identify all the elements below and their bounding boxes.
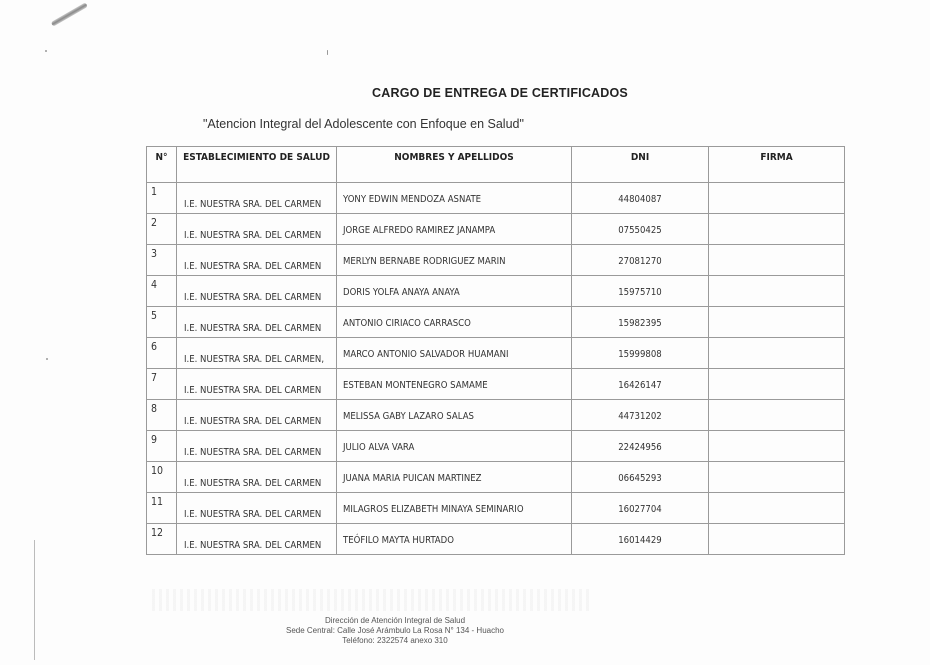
row-dni: 06645293 [572,462,708,484]
row-nombre-cell: MARCO ANTONIO SALVADOR HUAMANI [337,338,572,369]
row-dni-cell: 44731202 [572,400,709,431]
table-row: 4I.E. NUESTRA SRA. DEL CARMENDORIS YOLFA… [147,276,845,307]
row-nombre: MERLYN BERNABE RODRIGUEZ MARIN [337,245,571,267]
row-dni: 15999808 [572,338,708,360]
row-establecimiento-cell: I.E. NUESTRA SRA. DEL CARMEN [177,524,337,555]
row-dni-cell: 16426147 [572,369,709,400]
row-number: 1 [147,183,176,198]
row-establecimiento: I.E. NUESTRA SRA. DEL CARMEN [177,276,336,303]
row-firma-cell [709,369,845,400]
row-dni-cell: 07550425 [572,214,709,245]
row-establecimiento: I.E. NUESTRA SRA. DEL CARMEN [177,431,336,458]
row-number: 11 [147,493,176,508]
row-dni: 16027704 [572,493,708,515]
row-firma-cell [709,214,845,245]
row-nombre-cell: JUANA MARIA PUICAN MARTINEZ [337,462,572,493]
row-nombre-cell: TEÓFILO MAYTA HURTADO [337,524,572,555]
row-nombre-cell: JORGE ALFREDO RAMIREZ JANAMPA [337,214,572,245]
row-firma-cell [709,245,845,276]
footer-line-1: Dirección de Atención Integral de Salud [0,616,790,626]
row-establecimiento: I.E. NUESTRA SRA. DEL CARMEN [177,245,336,272]
row-dni: 15975710 [572,276,708,298]
row-number: 3 [147,245,176,260]
row-number: 2 [147,214,176,229]
row-nombre: ANTONIO CIRIACO CARRASCO [337,307,571,329]
row-number-cell: 12 [147,524,177,555]
row-dni-cell: 06645293 [572,462,709,493]
row-nombre: MARCO ANTONIO SALVADOR HUAMANI [337,338,571,360]
row-nombre: TEÓFILO MAYTA HURTADO [337,524,571,546]
row-number: 4 [147,276,176,291]
row-number-cell: 3 [147,245,177,276]
row-number: 6 [147,338,176,353]
row-nombre: DORIS YOLFA ANAYA ANAYA [337,276,571,298]
table-row: 7I.E. NUESTRA SRA. DEL CARMENESTEBAN MON… [147,369,845,400]
row-number-cell: 5 [147,307,177,338]
scan-speck [327,50,328,55]
row-number-cell: 11 [147,493,177,524]
row-nombre: YONY EDWIN MENDOZA ASNATE [337,183,571,205]
scan-speck [46,358,48,360]
row-firma-cell [709,493,845,524]
footer-line-2: Sede Central: Calle José Arámbulo La Ros… [0,626,790,636]
row-dni-cell: 16027704 [572,493,709,524]
row-establecimiento-cell: I.E. NUESTRA SRA. DEL CARMEN [177,462,337,493]
row-establecimiento: I.E. NUESTRA SRA. DEL CARMEN, [177,338,336,365]
row-nombre: MELISSA GABY LAZARO SALAS [337,400,571,422]
pen-mark [51,2,88,26]
row-number: 7 [147,369,176,384]
row-number-cell: 6 [147,338,177,369]
footer-line-3: Teléfono: 2322574 anexo 310 [0,636,790,646]
row-number: 9 [147,431,176,446]
row-dni-cell: 15982395 [572,307,709,338]
row-establecimiento-cell: I.E. NUESTRA SRA. DEL CARMEN [177,307,337,338]
row-nombre: JULIO ALVA VARA [337,431,571,453]
header-nombres: NOMBRES Y APELLIDOS [337,147,572,183]
row-establecimiento-cell: I.E. NUESTRA SRA. DEL CARMEN [177,400,337,431]
row-number-cell: 10 [147,462,177,493]
document-footer: Dirección de Atención Integral de Salud … [0,616,930,646]
table-row: 10I.E. NUESTRA SRA. DEL CARMENJUANA MARI… [147,462,845,493]
header-dni: DNI [572,147,709,183]
row-nombre-cell: ANTONIO CIRIACO CARRASCO [337,307,572,338]
row-establecimiento-cell: I.E. NUESTRA SRA. DEL CARMEN [177,245,337,276]
row-nombre-cell: ESTEBAN MONTENEGRO SAMAME [337,369,572,400]
row-dni: 44804087 [572,183,708,205]
row-nombre-cell: MERLYN BERNABE RODRIGUEZ MARIN [337,245,572,276]
row-number-cell: 9 [147,431,177,462]
table-row: 3I.E. NUESTRA SRA. DEL CARMENMERLYN BERN… [147,245,845,276]
row-dni: 44731202 [572,400,708,422]
row-firma-cell [709,338,845,369]
row-number-cell: 8 [147,400,177,431]
row-establecimiento: I.E. NUESTRA SRA. DEL CARMEN [177,400,336,427]
row-nombre: JORGE ALFREDO RAMIREZ JANAMPA [337,214,571,236]
row-firma-cell [709,462,845,493]
table-row: 9I.E. NUESTRA SRA. DEL CARMENJULIO ALVA … [147,431,845,462]
row-dni: 07550425 [572,214,708,236]
scan-noise [152,589,592,611]
scan-speck [45,50,47,52]
row-firma-cell [709,183,845,214]
row-firma-cell [709,524,845,555]
row-nombre-cell: MILAGROS ELIZABETH MINAYA SEMINARIO [337,493,572,524]
row-dni-cell: 44804087 [572,183,709,214]
row-nombre-cell: MELISSA GABY LAZARO SALAS [337,400,572,431]
row-firma-cell [709,276,845,307]
row-firma-cell [709,431,845,462]
row-establecimiento: I.E. NUESTRA SRA. DEL CARMEN [177,183,336,210]
row-dni-cell: 27081270 [572,245,709,276]
row-nombre: JUANA MARIA PUICAN MARTINEZ [337,462,571,484]
row-dni-cell: 15975710 [572,276,709,307]
table-row: 8I.E. NUESTRA SRA. DEL CARMENMELISSA GAB… [147,400,845,431]
row-dni: 15982395 [572,307,708,329]
table-row: 6I.E. NUESTRA SRA. DEL CARMEN,MARCO ANTO… [147,338,845,369]
row-establecimiento-cell: I.E. NUESTRA SRA. DEL CARMEN, [177,338,337,369]
row-dni-cell: 22424956 [572,431,709,462]
row-establecimiento-cell: I.E. NUESTRA SRA. DEL CARMEN [177,214,337,245]
row-dni-cell: 16014429 [572,524,709,555]
row-establecimiento-cell: I.E. NUESTRA SRA. DEL CARMEN [177,276,337,307]
table-row: 12I.E. NUESTRA SRA. DEL CARMENTEÓFILO MA… [147,524,845,555]
row-nombre: MILAGROS ELIZABETH MINAYA SEMINARIO [337,493,571,515]
row-establecimiento-cell: I.E. NUESTRA SRA. DEL CARMEN [177,431,337,462]
row-nombre-cell: YONY EDWIN MENDOZA ASNATE [337,183,572,214]
document-subtitle: "Atencion Integral del Adolescente con E… [203,117,524,131]
row-establecimiento: I.E. NUESTRA SRA. DEL CARMEN [177,524,336,551]
row-establecimiento: I.E. NUESTRA SRA. DEL CARMEN [177,462,336,489]
table-row: 11I.E. NUESTRA SRA. DEL CARMENMILAGROS E… [147,493,845,524]
document-title: CARGO DE ENTREGA DE CERTIFICADOS [0,86,930,100]
row-firma-cell [709,400,845,431]
row-establecimiento: I.E. NUESTRA SRA. DEL CARMEN [177,307,336,334]
row-number: 5 [147,307,176,322]
row-nombre-cell: JULIO ALVA VARA [337,431,572,462]
table-row: 1I.E. NUESTRA SRA. DEL CARMENYONY EDWIN … [147,183,845,214]
header-number: N° [147,147,177,183]
row-establecimiento-cell: I.E. NUESTRA SRA. DEL CARMEN [177,493,337,524]
row-nombre: ESTEBAN MONTENEGRO SAMAME [337,369,571,391]
certificates-table: N° ESTABLECIMIENTO DE SALUD NOMBRES Y AP… [146,146,845,555]
row-dni: 22424956 [572,431,708,453]
row-number-cell: 2 [147,214,177,245]
row-number-cell: 1 [147,183,177,214]
row-establecimiento: I.E. NUESTRA SRA. DEL CARMEN [177,369,336,396]
row-number-cell: 7 [147,369,177,400]
row-dni: 16426147 [572,369,708,391]
row-establecimiento-cell: I.E. NUESTRA SRA. DEL CARMEN [177,183,337,214]
table-header-row: N° ESTABLECIMIENTO DE SALUD NOMBRES Y AP… [147,147,845,183]
row-dni-cell: 15999808 [572,338,709,369]
row-establecimiento: I.E. NUESTRA SRA. DEL CARMEN [177,493,336,520]
row-number: 8 [147,400,176,415]
row-firma-cell [709,307,845,338]
row-establecimiento-cell: I.E. NUESTRA SRA. DEL CARMEN [177,369,337,400]
row-dni: 16014429 [572,524,708,546]
row-establecimiento: I.E. NUESTRA SRA. DEL CARMEN [177,214,336,241]
header-establecimiento: ESTABLECIMIENTO DE SALUD [177,147,337,183]
table-row: 2I.E. NUESTRA SRA. DEL CARMENJORGE ALFRE… [147,214,845,245]
row-number: 12 [147,524,176,539]
row-number: 10 [147,462,176,477]
row-number-cell: 4 [147,276,177,307]
header-firma: FIRMA [709,147,845,183]
table-row: 5I.E. NUESTRA SRA. DEL CARMENANTONIO CIR… [147,307,845,338]
row-dni: 27081270 [572,245,708,267]
row-nombre-cell: DORIS YOLFA ANAYA ANAYA [337,276,572,307]
